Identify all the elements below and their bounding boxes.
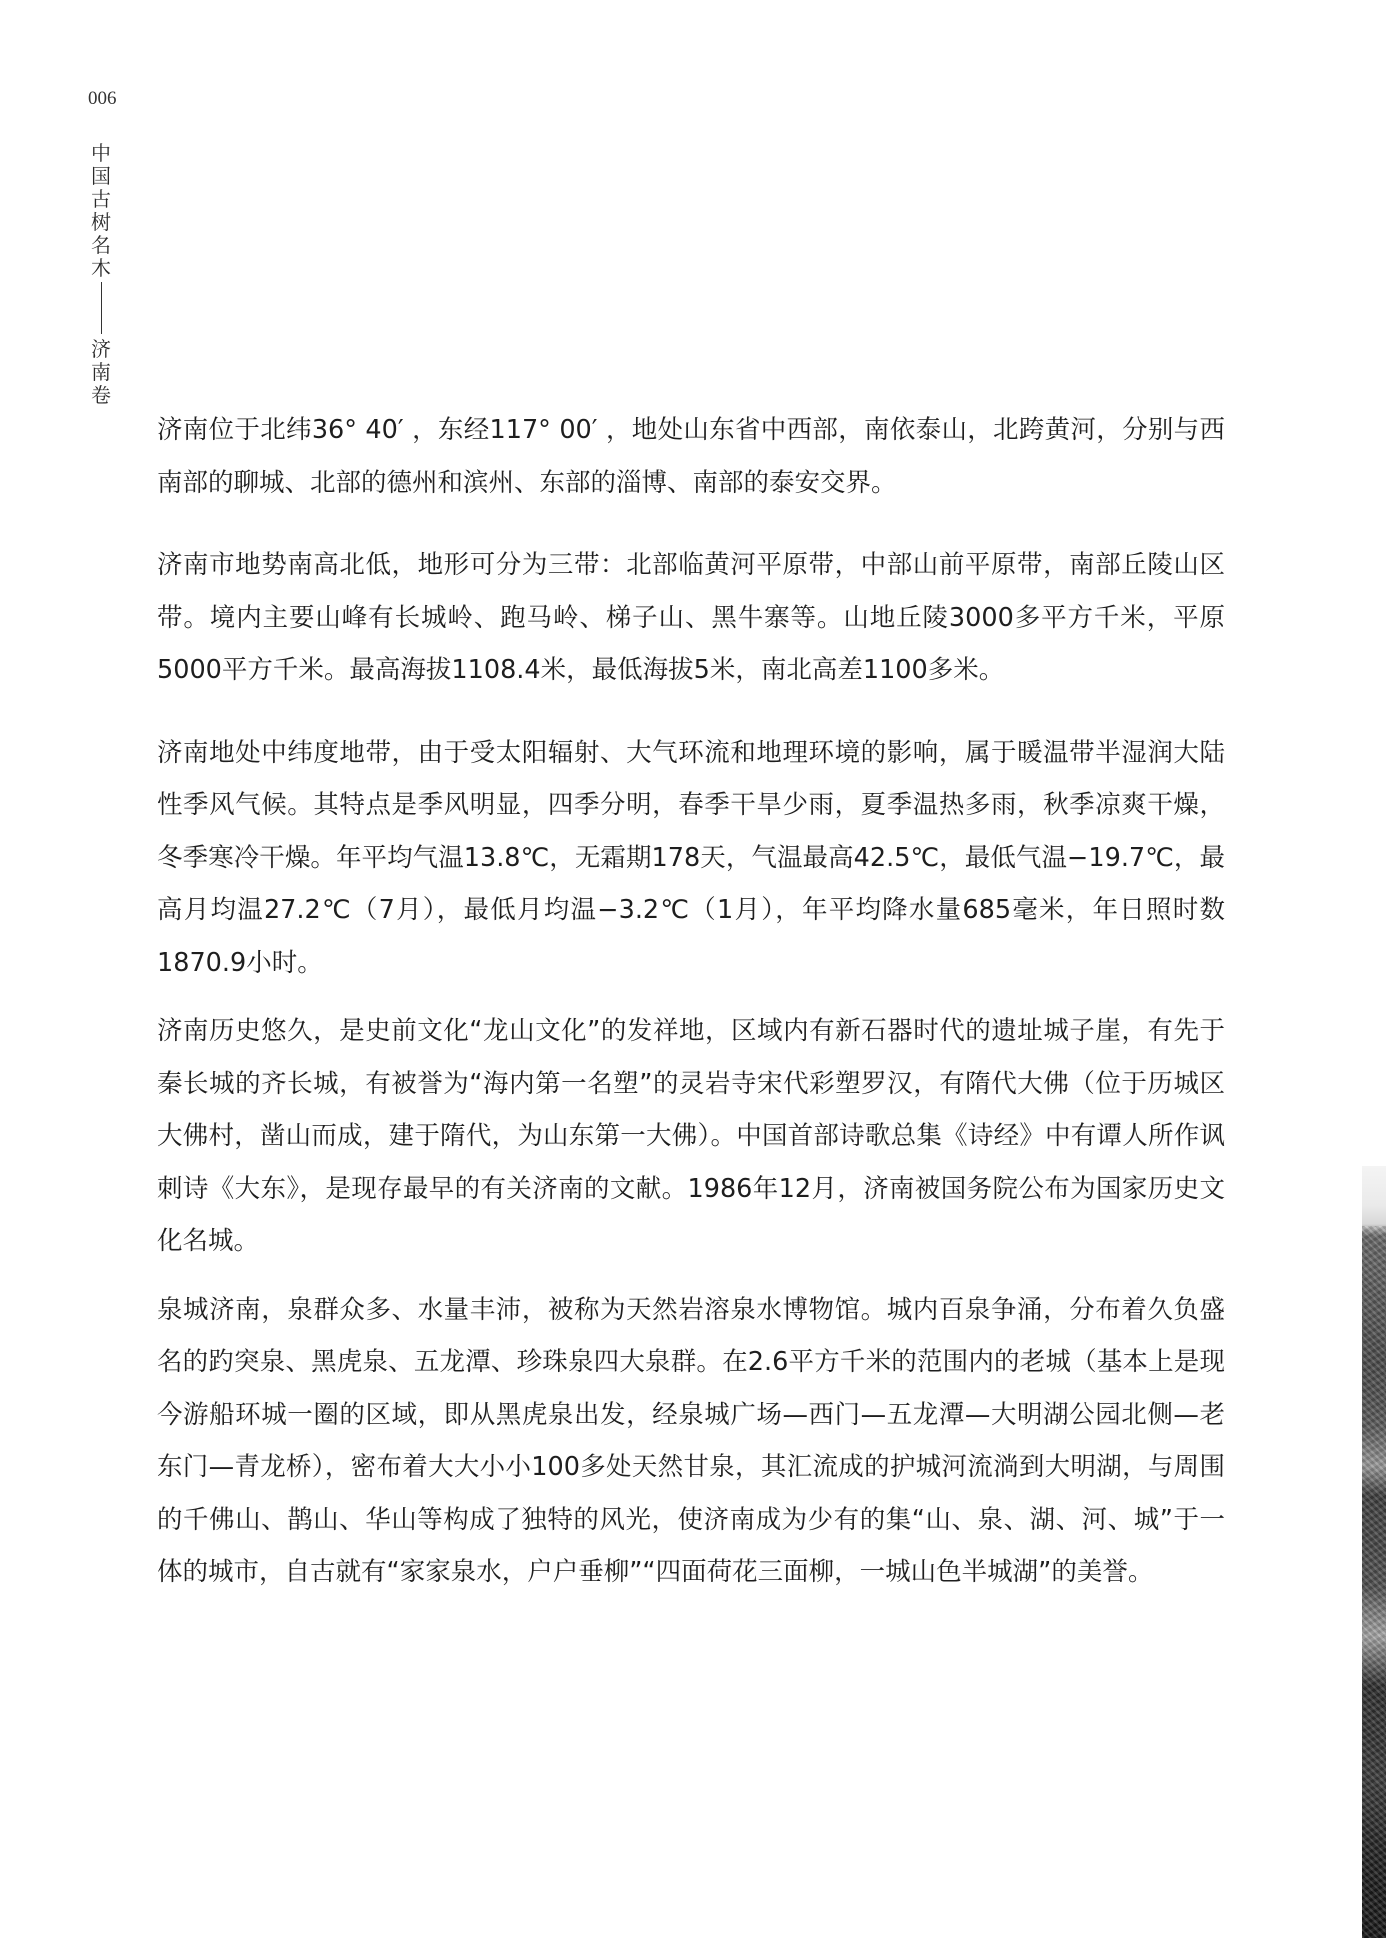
paragraph-location: 济南位于北纬36° 40′ ，东经117° 00′ ，地处山东省中西部，南依泰山… [157, 404, 1225, 509]
title-char: 古 [89, 188, 113, 211]
body-text: 济南位于北纬36° 40′ ，东经117° 00′ ，地处山东省中西部，南依泰山… [157, 404, 1225, 1599]
title-char: 木 [89, 257, 113, 280]
paragraph-springs: 泉城济南，泉群众多、水量丰沛，被称为天然岩溶泉水博物馆。城内百泉争涌，分布着久负… [157, 1284, 1225, 1599]
title-char: 树 [89, 211, 113, 234]
running-title-vertical: 中 国 古 树 名 木 济 南 卷 [89, 142, 113, 407]
subtitle-char: 卷 [89, 384, 113, 407]
page-number: 006 [88, 88, 117, 110]
title-char: 名 [89, 234, 113, 257]
paragraph-terrain: 济南市地势南高北低，地形可分为三带：北部临黄河平原带，中部山前平原带，南部丘陵山… [157, 539, 1225, 697]
subtitle-char: 南 [89, 361, 113, 384]
subtitle-char: 济 [89, 338, 113, 361]
paragraph-climate: 济南地处中纬度地带，由于受太阳辐射、大气环流和地理环境的影响，属于暖温带半湿润大… [157, 727, 1225, 990]
title-char: 中 [89, 142, 113, 165]
title-char: 国 [89, 165, 113, 188]
landscape-photo-edge [1362, 1166, 1386, 1938]
paragraph-history: 济南历史悠久，是史前文化“龙山文化”的发祥地，区域内有新石器时代的遗址城子崖，有… [157, 1005, 1225, 1268]
title-dash-divider [101, 282, 102, 334]
